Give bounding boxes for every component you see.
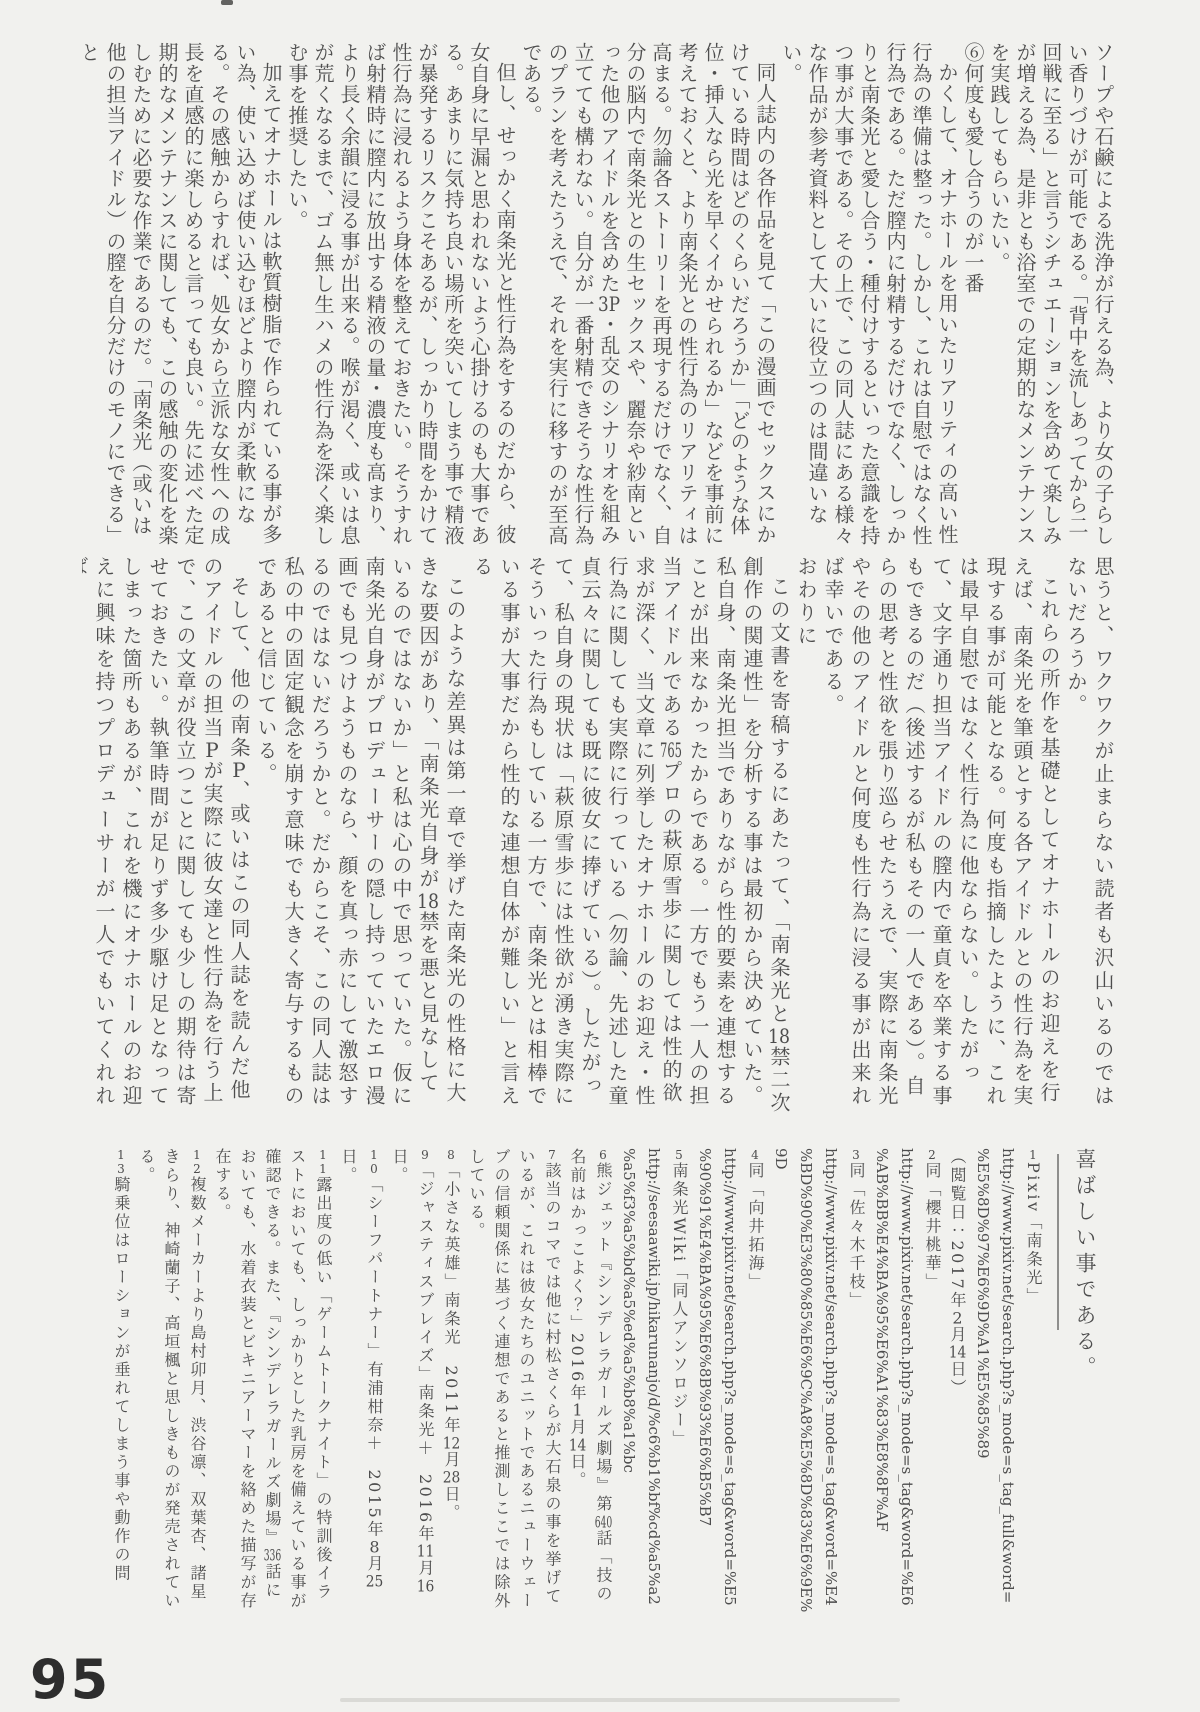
footnote-title: Pixiv「南条光」 bbox=[1024, 1162, 1043, 1306]
section-heading-owarini: おわりに bbox=[792, 556, 819, 1116]
page-number: 95 bbox=[30, 1648, 111, 1711]
footnote-number: 2 bbox=[925, 1148, 939, 1162]
footnote-2: 2同「櫻井桃華」 http://www.pixiv.net/search.php… bbox=[869, 1148, 945, 1616]
footnote-9: 9「ジャスティスブレイズ」南条光＋ 2016年11月16日。 bbox=[387, 1148, 438, 1616]
footnote-url: http://www.pixiv.net/search.php?s_mode=s… bbox=[768, 1148, 843, 1616]
footnote-number: 10 bbox=[367, 1148, 381, 1176]
top-text-block: ソープや石鹸による洗浄が行える為、より女の子らしい香りづけが可能である。「背中を… bbox=[82, 42, 1116, 550]
middle-text-block: 思うと、ワクワクが止まらない読者も沢山いるのではないだろうか。 これらの所作を基… bbox=[82, 556, 1116, 1116]
footnote-10: 10「シーフパートナー」有浦柑奈＋ 2015年8月25日。 bbox=[336, 1148, 387, 1616]
footnote-url: http://www.pixiv.net/search.php?s_mode=s… bbox=[692, 1148, 742, 1616]
footnote-number: 12 bbox=[190, 1148, 204, 1176]
scanned-doujin-page: ソープや石鹸による洗浄が行える為、より女の子らしい香りづけが可能である。「背中を… bbox=[0, 0, 1200, 1712]
footnote-6: 6熊ジェット『シンデレラガールズ劇場』第640話「技の名前はかっこよく？」201… bbox=[565, 1148, 616, 1616]
footnote-number: 9 bbox=[418, 1148, 432, 1162]
footnote-url: http://seesaawiki.jp/hikarunanjo/d/%c6%b… bbox=[616, 1148, 666, 1616]
paragraph: かくして、オナホールを用いたリアリティの高い性行為の準備は整った。しかし、これは… bbox=[778, 42, 960, 550]
footnote-text: 「シーフパートナー」有浦柑奈＋ 2015年8月25日。 bbox=[339, 1148, 384, 1589]
footnote-12: 12複数メーカーより島村卯月、渋谷凛、双葉杏、諸星きらり、神崎蘭子、高垣楓と思し… bbox=[134, 1148, 210, 1616]
footnote-title: 同「櫻井桃華」 bbox=[923, 1162, 942, 1292]
footnote-3: 3同「佐々木千枝」 http://www.pixiv.net/search.ph… bbox=[768, 1148, 869, 1616]
footnote-text: 熊ジェット『シンデレラガールズ劇場』第640話「技の名前はかっこよく？」2016… bbox=[568, 1148, 613, 1604]
footnote-block: 喜ばしい事である。 1Pixiv「南条光」 http://www.pixiv.n… bbox=[82, 1148, 1100, 1616]
footnote-4: 4同「向井拓海」 http://www.pixiv.net/search.php… bbox=[692, 1148, 768, 1616]
footnote-text: 該当のコマでは他に村松さくらが大石泉の事を挙げているが、これは彼女たちのユニット… bbox=[467, 1148, 562, 1611]
footnote-number: 5 bbox=[672, 1148, 686, 1162]
footnote-separator-rule bbox=[1057, 1154, 1059, 1330]
paragraph: 但し、せっかく南条光と性行為をするのだから、彼女自身に早漏と思われないよう心掛け… bbox=[284, 42, 518, 550]
footnote-number: 3 bbox=[849, 1148, 863, 1162]
footnote-number: 4 bbox=[748, 1148, 762, 1162]
footnote-title: 同「向井拓海」 bbox=[746, 1162, 765, 1292]
footnote-7: 7該当のコマでは他に村松さくらが大石泉の事を挙げているが、これは彼女たちのユニッ… bbox=[464, 1148, 565, 1616]
paragraph: 思うと、ワクワクが止まらない読者も沢山いるのではないだろうか。 bbox=[1062, 556, 1116, 1116]
footnote-13: 13騎乗位はローションが垂れてしまう事や動作の問 bbox=[108, 1148, 134, 1616]
footnote-1: 1Pixiv「南条光」 http://www.pixiv.net/search.… bbox=[945, 1148, 1046, 1616]
footnote-8: 8「小さな英雄」南条光 2011年12月28日。 bbox=[438, 1148, 464, 1616]
paragraph: 同人誌内の各作品を見て「この漫画でセックスにかけている時間はどのくらいだろうか」… bbox=[518, 42, 778, 550]
footnote-5: 5南条光Wiki「同人アンソロジー」 http://seesaawiki.jp/… bbox=[616, 1148, 692, 1616]
footnote-text: 複数メーカーより島村卯月、渋谷凛、双葉杏、諸星きらり、神崎蘭子、高垣楓と思しきも… bbox=[137, 1148, 207, 1611]
footnote-number: 13 bbox=[114, 1148, 128, 1176]
footnote-number: 1 bbox=[1026, 1148, 1040, 1162]
footnote-text: 「小さな英雄」南条光 2011年12月28日。 bbox=[442, 1162, 461, 1522]
footnote-title: 同「佐々木千枝」 bbox=[847, 1162, 866, 1310]
footnote-text: 露出度の低い「ゲームトークナイト」の特訓後イラストにおいても、しっかりとした乳房… bbox=[213, 1148, 333, 1611]
paragraph: ソープや石鹸による洗浄が行える為、より女の子らしい香りづけが可能である。「背中を… bbox=[986, 42, 1116, 550]
paragraph: このような差異は第一章で挙げた南条光の性格に大きな要因があり、「南条光自身が18… bbox=[252, 556, 468, 1116]
footnote-text: 騎乗位はローションが垂れてしまう事や動作の問 bbox=[112, 1176, 131, 1583]
paragraph: 加えてオナホールは軟質樹脂で作られている事が多い為、使い込めば使い込むほどより膣… bbox=[82, 42, 284, 550]
section-heading: ⑥何度も愛し合うのが一番 bbox=[960, 42, 986, 550]
footnote-date: （閲覧日：2017年2月14日） bbox=[945, 1148, 970, 1616]
footnote-11: 11露出度の低い「ゲームトークナイト」の特訓後イラストにおいても、しっかりとした… bbox=[210, 1148, 336, 1616]
footnote-number: 6 bbox=[596, 1148, 610, 1162]
footnote-number: 8 bbox=[444, 1148, 458, 1162]
scan-artifact bbox=[221, 0, 233, 5]
footnote-text: 「ジャスティスブレイズ」南条光＋ 2016年11月16日。 bbox=[390, 1148, 435, 1594]
paragraph: そして、他の南条P、或いはこの同人誌を読んだ他のアイドルの担当Pが実際に彼女達と… bbox=[82, 556, 252, 1116]
footnote-number: 7 bbox=[545, 1148, 559, 1162]
footnote-title: 南条光Wiki「同人アンソロジー」 bbox=[670, 1162, 689, 1449]
paragraph: この文書を寄稿するにあたって、「南条光と18禁二次創作の関連性」を分析する事は最… bbox=[468, 556, 792, 1116]
footnote-url: http://www.pixiv.net/search.php?s_mode=s… bbox=[869, 1148, 919, 1616]
scan-artifact bbox=[340, 1698, 900, 1702]
body-continuation: 喜ばしい事である。 bbox=[1070, 1148, 1100, 1616]
paragraph: これらの所作を基礎としてオナホールのお迎えを行えば、南条光を筆頭とする各アイドル… bbox=[819, 556, 1062, 1116]
footnote-number: 11 bbox=[316, 1148, 330, 1176]
footnote-url: http://www.pixiv.net/search.php?s_mode=s… bbox=[970, 1148, 1020, 1616]
